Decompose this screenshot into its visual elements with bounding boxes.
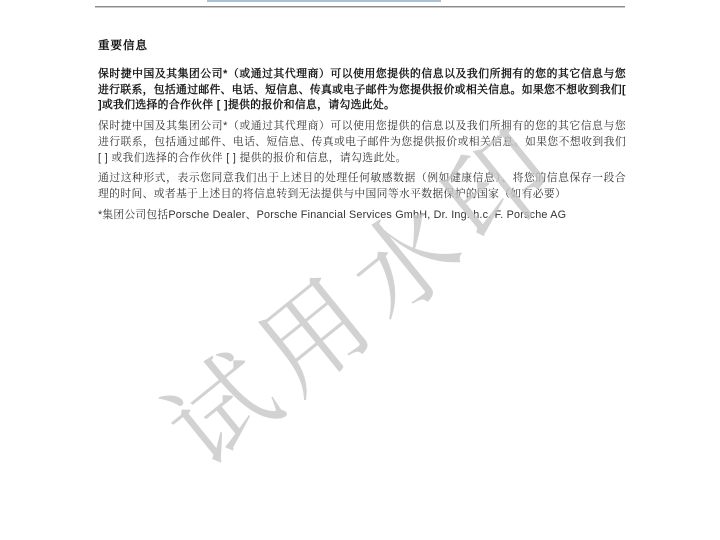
page-title: 重要信息 <box>98 37 626 53</box>
top-toolbar-edge-line <box>207 0 441 2</box>
consent-paragraph-regular: 保时捷中国及其集团公司*（或通过其代理商）可以使用您提供的信息以及我们所拥有的您… <box>98 119 626 166</box>
consent-paragraph-bold: 保时捷中国及其集团公司*（或通过其代理商）可以使用您提供的信息以及我们所拥有的您… <box>98 67 626 114</box>
header-rule-divider <box>95 6 625 8</box>
document-body: 重要信息 保时捷中国及其集团公司*（或通过其代理商）可以使用您提供的信息以及我们… <box>98 37 626 223</box>
sensitive-data-paragraph: 通过这种形式，表示您同意我们出于上述目的处理任何敏感数据（例如健康信息）、将您的… <box>98 171 626 202</box>
group-companies-footnote: *集团公司包括Porsche Dealer、Porsche Financial … <box>98 208 626 224</box>
document-page: 重要信息 保时捷中国及其集团公司*（或通过其代理商）可以使用您提供的信息以及我们… <box>0 0 720 540</box>
